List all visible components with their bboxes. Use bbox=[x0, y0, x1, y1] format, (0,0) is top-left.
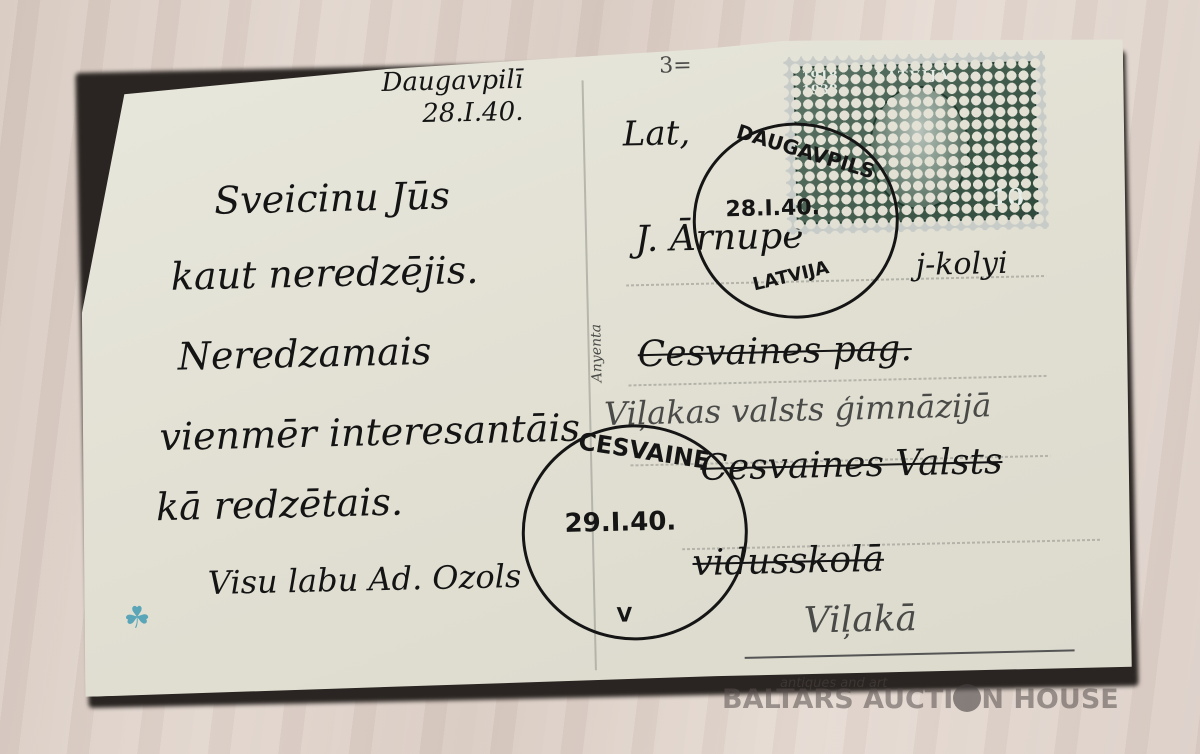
message-line-5: kā redzētais. bbox=[156, 480, 404, 530]
clover-logo-icon: ☘ bbox=[123, 600, 151, 636]
message-place: Daugavpilī bbox=[381, 65, 523, 98]
address-line bbox=[628, 375, 1048, 387]
watermark: BALTARS AUCTIN HOUSE bbox=[722, 684, 1119, 715]
address-pencil-school: Viļakas valsts ģimnāzijā bbox=[604, 386, 992, 433]
message-line-2: kaut neredzējis. bbox=[170, 248, 478, 299]
underline bbox=[745, 649, 1075, 658]
message-date: 28.I.40. bbox=[422, 97, 524, 129]
address-struck-parish: Cesvaines pag. bbox=[637, 328, 912, 375]
watermark-logo-icon bbox=[953, 684, 981, 712]
pencil-price-note: 3= bbox=[659, 53, 692, 79]
message-line-4: vienmēr interesantāis bbox=[159, 406, 580, 460]
message-signature: Visu labu Ad. Ozols bbox=[207, 557, 521, 602]
address-name-suffix: j-kolyi bbox=[915, 246, 1008, 283]
stamp-country: LATVIJA bbox=[875, 68, 950, 85]
address-line-1: Lat, bbox=[622, 113, 690, 155]
stamp-value: 10 bbox=[991, 182, 1025, 212]
message-line-3: Neredzamais bbox=[177, 329, 432, 379]
postcard: Daugavpilī 28.I.40. Sveicinu Jūs kaut ne… bbox=[71, 33, 1137, 697]
stamp-years: 19181938 bbox=[801, 70, 838, 99]
publisher-mark: Anyenta bbox=[588, 324, 605, 383]
address-pencil-town: Viļakā bbox=[803, 598, 917, 642]
address-struck-school: Cesvaines Valsts bbox=[700, 441, 1003, 489]
message-line-1: Sveicinu Jūs bbox=[214, 173, 451, 222]
